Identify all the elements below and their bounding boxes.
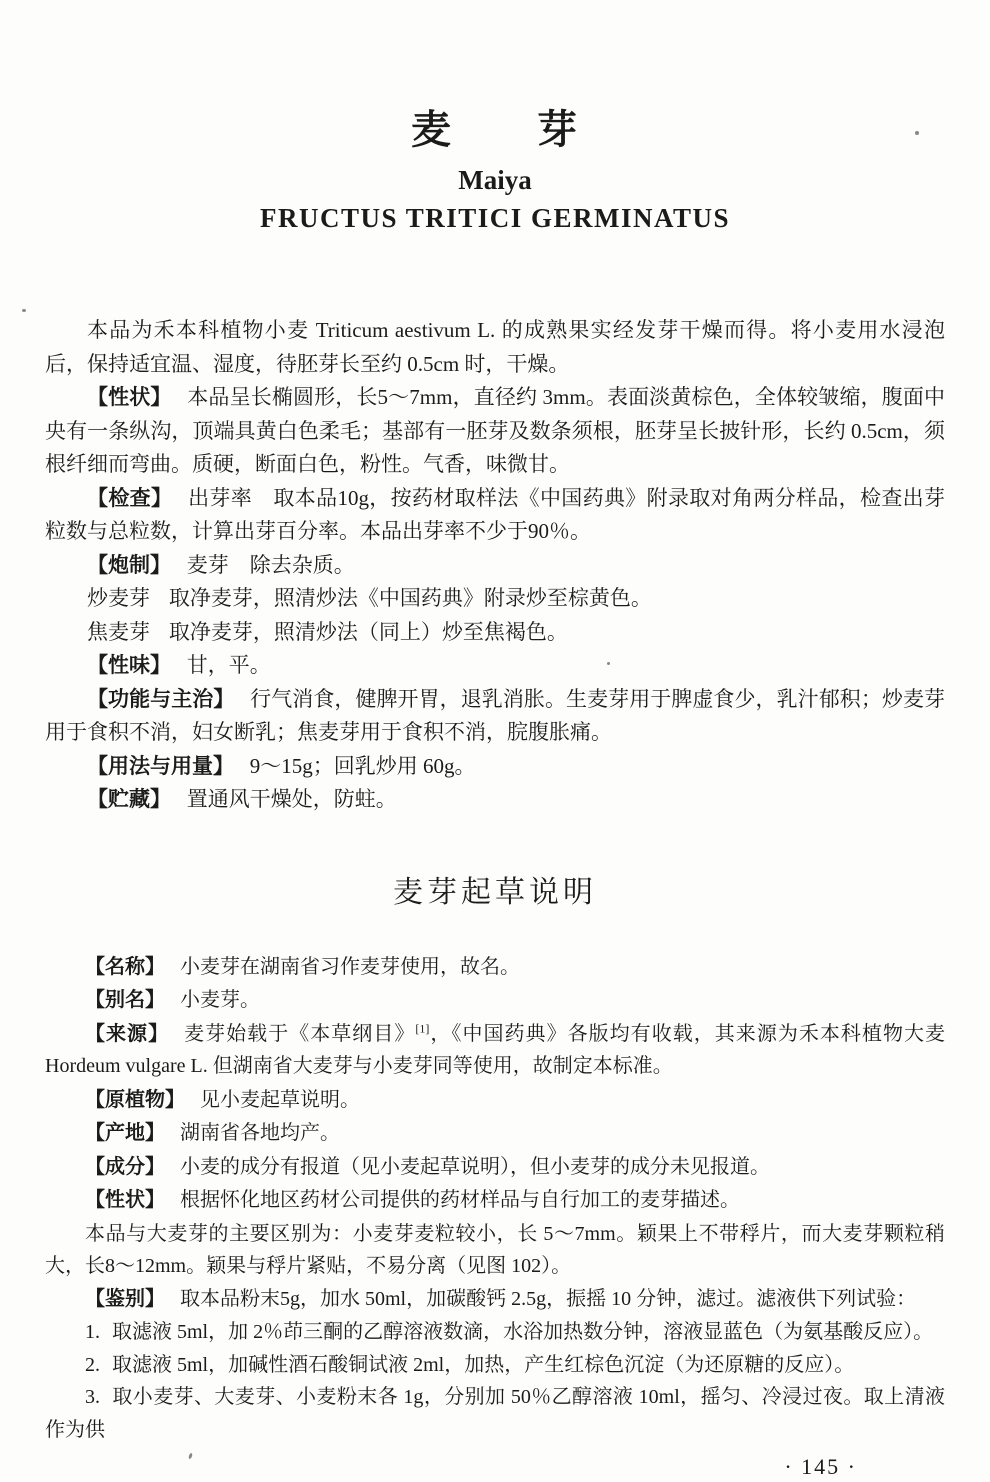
entry-text: ，《中国药典》各版均有收载，其来源为禾本科植物大麦 Hordeum vulgar… <box>45 1023 945 1078</box>
entry-label: 【原植物】 <box>85 1089 185 1111</box>
entry-label: 【产地】 <box>85 1122 165 1144</box>
page-title-latin: FRUCTUS TRITICI GERMINATUS <box>45 202 945 234</box>
entry-label: 【性味】 <box>87 653 171 677</box>
monograph-body: 本品为禾本科植物小麦 Triticum aestivum L. 的成熟果实经发芽… <box>45 314 945 817</box>
entry-text: 取净麦芽，照清炒法（同上）炒至焦褐色。 <box>169 620 568 644</box>
entry-label: 【功能与主治】 <box>87 687 234 711</box>
test-text: 取滤液 5ml，加 2％茚三酮的乙醇溶液数滴，水浴加热数分钟，溶液显蓝色（为氨基… <box>112 1321 933 1343</box>
entry-text: 取本品粉末5g，加水 50ml，加碳酸钙 2.5g，振摇 10 分钟，滤过。滤液… <box>180 1288 916 1310</box>
entry-label: 【炮制】 <box>87 553 171 577</box>
entry-label: 【成分】 <box>85 1156 165 1178</box>
test-number: 2. <box>85 1354 100 1376</box>
entry-text: 根据怀化地区药材公司提供的药材样品与自行加工的麦芽描述。 <box>180 1189 740 1211</box>
draft-notes-title: 麦芽起草说明 <box>45 867 945 911</box>
monograph-header: 麦 芽 Maiya FRUCTUS TRITICI GERMINATUS <box>45 106 945 234</box>
entry-zhucang: 【贮藏】置通风干燥处，防蛀。 <box>45 783 945 817</box>
entry-chaomaiya: 炒麦芽取净麦芽，照清炒法《中国药典》附录炒至棕黄色。 <box>45 582 945 616</box>
entry-text: 湖南省各地均产。 <box>180 1122 340 1144</box>
comparison-paragraph: 本品与大麦芽的主要区别为：小麦芽麦粒较小，长 5～7mm。颖果上不带稃片，而大麦… <box>45 1218 945 1283</box>
entry-mingcheng: 【名称】小麦芽在湖南省习作麦芽使用，故名。 <box>45 951 945 984</box>
entry-yongfa-yongliang: 【用法与用量】9～15g；回乳炒用 60g。 <box>45 750 945 784</box>
scan-artifact-dot <box>915 131 919 135</box>
entry-xingzhuang: 【性状】本品呈长椭圆形，长5～7mm，直径约 3mm。表面淡黄棕色，全体较皱缩，… <box>45 381 945 482</box>
entry-text: 小麦芽在湖南省习作麦芽使用，故名。 <box>180 956 520 978</box>
entry-text: 甘，平。 <box>187 653 271 677</box>
entry-label: 【贮藏】 <box>87 787 171 811</box>
entry-label: 【鉴别】 <box>85 1288 165 1310</box>
scan-artifact-dot <box>22 309 26 312</box>
scan-artifact-dot <box>607 662 610 665</box>
entry-text: 出芽率 取本品10g，按药材取样法《中国药典》附录取对角两分样品，检查出芽粒数与… <box>45 486 945 544</box>
intro-paragraph: 本品为禾本科植物小麦 Triticum aestivum L. 的成熟果实经发芽… <box>45 314 945 381</box>
test-number: 3. <box>85 1386 100 1408</box>
page-number: · 145 · <box>45 1454 945 1480</box>
entry-jianbie: 【鉴别】取本品粉末5g，加水 50ml，加碳酸钙 2.5g，振摇 10 分钟，滤… <box>45 1283 945 1316</box>
entry-text: 小麦的成分有报道（见小麦起草说明），但小麦芽的成分未见报道。 <box>180 1156 770 1178</box>
entry-chengfen: 【成分】小麦的成分有报道（见小麦起草说明），但小麦芽的成分未见报道。 <box>45 1151 945 1184</box>
entry-label: 【性状】 <box>87 385 172 409</box>
entry-label: 【性状】 <box>85 1189 165 1211</box>
draft-notes-body: 【名称】小麦芽在湖南省习作麦芽使用，故名。 【别名】小麦芽。 【来源】麦芽始载于… <box>45 951 945 1447</box>
entry-paozhi: 【炮制】麦芽 除去杂质。 <box>45 549 945 583</box>
entry-text: 9～15g；回乳炒用 60g。 <box>250 754 476 778</box>
entry-label: 【别名】 <box>85 989 165 1011</box>
entry-yuanzhiwu: 【原植物】见小麦起草说明。 <box>45 1084 945 1117</box>
test-number: 1. <box>85 1321 100 1343</box>
entry-text: 置通风干燥处，防蛀。 <box>187 787 397 811</box>
entry-text: 取净麦芽，照清炒法《中国药典》附录炒至棕黄色。 <box>169 586 652 610</box>
entry-text: 本品呈长椭圆形，长5～7mm，直径约 3mm。表面淡黄棕色，全体较皱缩，腹面中央… <box>45 385 945 476</box>
entry-text: 见小麦起草说明。 <box>200 1089 360 1111</box>
entry-jiaomaiya: 焦麦芽取净麦芽，照清炒法（同上）炒至焦褐色。 <box>45 616 945 650</box>
test-text: 取滤液 5ml，加碱性酒石酸铜试液 2ml，加热，产生红棕色沉淀（为还原糖的反应… <box>112 1354 854 1376</box>
entry-laiyuan: 【来源】麦芽始载于《本草纲目》[1]，《中国药典》各版均有收载，其来源为禾本科植… <box>45 1018 945 1083</box>
entry-label: 炒麦芽 <box>87 586 150 610</box>
identification-test-2: 2.取滤液 5ml，加碱性酒石酸铜试液 2ml，加热，产生红棕色沉淀（为还原糖的… <box>45 1349 945 1382</box>
entry-xingzhuang-note: 【性状】根据怀化地区药材公司提供的药材样品与自行加工的麦芽描述。 <box>45 1184 945 1217</box>
identification-test-3: 3.取小麦芽、大麦芽、小麦粉末各 1g，分别加 50％乙醇溶液 10ml，摇匀、… <box>45 1381 945 1446</box>
entry-gongneng-zhuzhi: 【功能与主治】行气消食，健脾开胃，退乳消胀。生麦芽用于脾虚食少，乳汁郁积；炒麦芽… <box>45 683 945 750</box>
entry-text: 小麦芽。 <box>180 989 260 1011</box>
entry-label: 【检查】 <box>87 486 172 510</box>
entry-label: 【用法与用量】 <box>87 754 234 778</box>
entry-xingwei: 【性味】甘，平。 <box>45 649 945 683</box>
entry-bieming: 【别名】小麦芽。 <box>45 984 945 1017</box>
page-title-pinyin: Maiya <box>45 164 945 196</box>
page-title-chinese: 麦 芽 <box>45 106 945 154</box>
entry-label: 【来源】 <box>85 1023 169 1045</box>
entry-label: 焦麦芽 <box>87 620 150 644</box>
scanned-document-page: 麦 芽 Maiya FRUCTUS TRITICI GERMINATUS 本品为… <box>0 0 990 1482</box>
entry-text: 麦芽始载于《本草纲目》 <box>184 1023 415 1045</box>
entry-chandi: 【产地】湖南省各地均产。 <box>45 1117 945 1150</box>
reference-superscript: [1] <box>415 1021 429 1035</box>
test-text: 取小麦芽、大麦芽、小麦粉末各 1g，分别加 50％乙醇溶液 10ml，摇匀、冷浸… <box>45 1386 945 1441</box>
entry-text: 麦芽 除去杂质。 <box>187 553 355 577</box>
identification-test-1: 1.取滤液 5ml，加 2％茚三酮的乙醇溶液数滴，水浴加热数分钟，溶液显蓝色（为… <box>45 1316 945 1349</box>
entry-jiancha: 【检查】出芽率 取本品10g，按药材取样法《中国药典》附录取对角两分样品，检查出… <box>45 482 945 549</box>
entry-label: 【名称】 <box>85 956 165 978</box>
